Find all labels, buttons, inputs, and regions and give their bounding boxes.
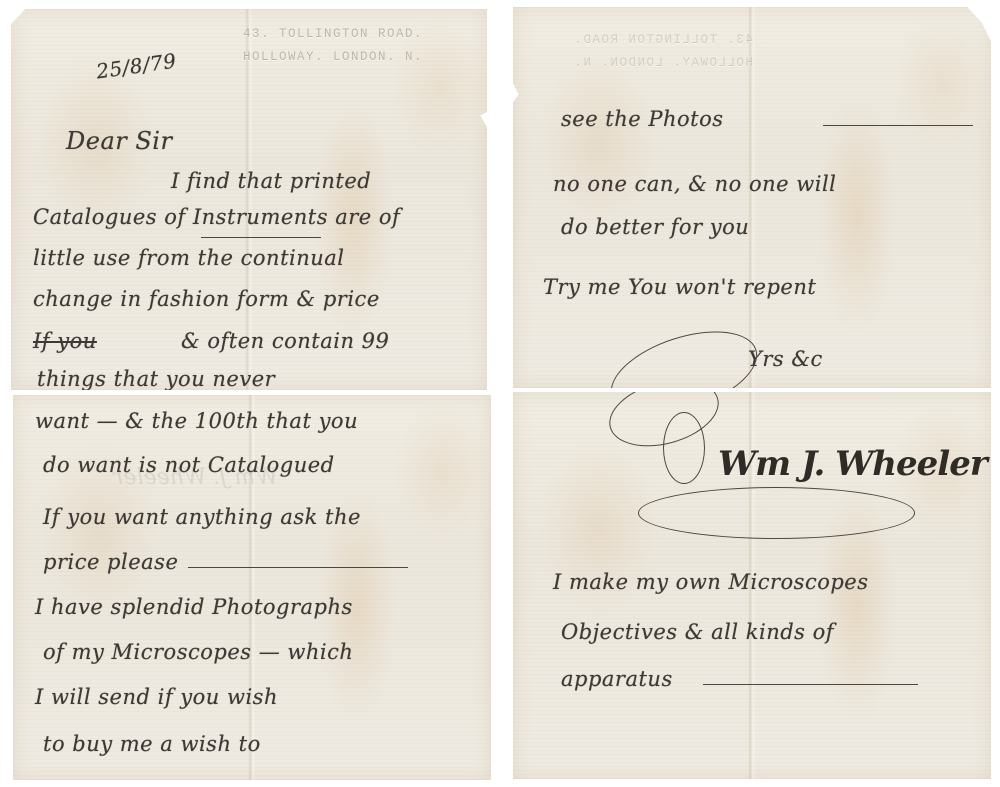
embossed-letterhead-reverse: 43. TOLLINGTON ROAD. HOLLOWAY. LONDON. N… xyxy=(573,29,753,75)
letter-line: Catalogues of Instruments are of xyxy=(33,205,400,229)
letter-line: things that you never xyxy=(37,367,275,390)
letter-line: I will send if you wish xyxy=(35,685,278,709)
letter-line: change in fashion form & price xyxy=(33,287,380,311)
salutation: Dear Sir xyxy=(66,127,172,155)
letterhead-city: HOLLOWAY. LONDON. N. xyxy=(243,46,423,69)
letter-panel-top-right: 43. TOLLINGTON ROAD. HOLLOWAY. LONDON. N… xyxy=(513,7,991,388)
letter-line: I make my own Microscopes xyxy=(553,570,869,594)
letter-line: I find that printed xyxy=(171,169,371,193)
letter-line: little use from the continual xyxy=(33,246,345,270)
letter-line: Try me You won't repent xyxy=(543,275,816,299)
letter-panel-bottom-left: Wm J. Wheeler want — & the 100th that yo… xyxy=(13,395,491,780)
letter-line: to buy me a wish to xyxy=(43,732,261,756)
signature-text: Wm J. Wheeler xyxy=(718,444,987,484)
signature-flourish xyxy=(663,412,705,484)
letter-line: no one can, & no one will xyxy=(553,172,836,196)
embossed-letterhead: 43. TOLLINGTON ROAD. HOLLOWAY. LONDON. N… xyxy=(243,23,423,69)
letter-date: 25/8/79 xyxy=(95,49,178,84)
signature-underline-flourish xyxy=(638,487,915,539)
price-underline xyxy=(188,567,408,568)
letter-line: Objectives & all kinds of xyxy=(561,620,834,644)
letter-line: do better for you xyxy=(561,215,749,239)
letter-line: I have splendid Photographs xyxy=(35,595,353,619)
photos-underline xyxy=(823,125,973,126)
letter-line: apparatus xyxy=(561,667,673,691)
letter-line: see the Photos xyxy=(561,107,724,131)
struck-text: If you xyxy=(33,329,97,353)
letter-panel-bottom-right: Wm J. Wheeler I make my own Microscopes … xyxy=(513,392,991,779)
letter-line: & often contain 99 xyxy=(181,329,389,353)
letter-line: If you want anything ask the xyxy=(43,505,361,529)
letterhead-address: 43. TOLLINGTON ROAD. xyxy=(243,23,423,46)
letter-line: price please xyxy=(43,550,178,574)
letter-line: do want is not Catalogued xyxy=(43,453,335,477)
underline-instruments xyxy=(201,237,321,238)
closing: Yrs &c xyxy=(748,347,823,371)
letterhead-address-reverse: 43. TOLLINGTON ROAD. xyxy=(573,29,753,52)
letter-line: of my Microscopes — which xyxy=(43,640,353,664)
letterhead-city-reverse: HOLLOWAY. LONDON. N. xyxy=(573,52,753,75)
apparatus-underline xyxy=(703,684,918,685)
signature-flourish xyxy=(601,315,768,388)
letter-line: want — & the 100th that you xyxy=(35,409,358,433)
letter-panel-top-left: 43. TOLLINGTON ROAD. HOLLOWAY. LONDON. N… xyxy=(11,9,487,390)
